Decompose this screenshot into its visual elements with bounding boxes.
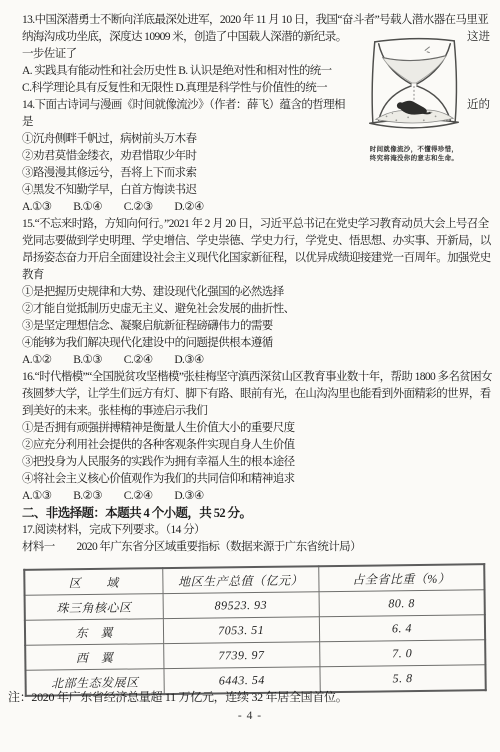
page-number: - 4 -: [0, 710, 500, 722]
q15-item-3: ③是坚定理想信念、凝聚启航新征程磅礴伟力的需要: [22, 318, 494, 335]
q16-stem-line-3: 到美好的未来。张桂梅的事迹启示我们: [22, 403, 494, 420]
q14-stem-line-2: 是: [22, 114, 494, 131]
region-gdp-table: 区 域 地区生产总值（亿元） 占全省比重（%） 珠三角核心区 89523. 93…: [23, 563, 487, 697]
q16-item-1: ①是否拥有顽强拼搏精神是衡量人生价值大小的重要尺度: [22, 420, 494, 437]
q16-options: A.①③ B.②③ C.②④ D.③④: [22, 488, 494, 505]
exam-page: 时间就像流沙，不懂得珍惜， 终究将淹没你的意志和生命。 13.中国深潜勇士不断向…: [0, 0, 500, 752]
table-cell-share: 7. 0: [320, 640, 486, 667]
q14-item-2: ②劝君莫惜金缕衣，劝君惜取少年时: [22, 148, 494, 165]
q14-options: A.①③ B.①④ C.②③ D.②④: [22, 199, 494, 216]
q15-item-4: ④能够为我们解决现代化建设中的问题提供根本遵循: [22, 335, 494, 352]
q13-stem-line-2: 纳海沟成功坐底，深度达 10909 米，创造了中国载人深潜的新纪录。 这进: [22, 29, 494, 46]
table-header-region: 区 域: [24, 568, 162, 595]
table-footnote: 注：2020 年广东省经济总量超 11 万亿元，连续 32 年居全国首位。: [8, 688, 347, 705]
q16-item-2: ②应充分利用社会提供的各种客观条件实现自身人生价值: [22, 437, 494, 454]
q15-stem-line-4: 教育: [22, 267, 494, 284]
q14-item-4: ④黑发不知勤学早，白首方悔读书迟: [22, 182, 494, 199]
q15-item-1: ①是把握历史规律和大势、建设现代化强国的必然选择: [22, 284, 494, 301]
q13-wrap-word: 这进: [467, 29, 490, 46]
q15-stem-line-3: 昂扬姿态奋力开启全面建设社会主义现代化国家新征程，以优异成绩迎接建党一百周年。加…: [22, 250, 494, 267]
q14-stem-line-1-text: 14.下面古诗词与漫画《时间就像流沙》（作者：薛飞）蕴含的哲理相: [22, 99, 345, 111]
q14-item-1: ①沉舟侧畔千帆过，病树前头万木春: [22, 131, 494, 148]
q16-stem-line-1: 16.“时代楷模”“全国脱贫攻坚楷模”张桂梅坚守滇西深贫山区教育事业数十年，帮助…: [22, 369, 494, 386]
table-cell-gdp: 7053. 51: [163, 617, 320, 644]
table-cell-region: 东 翼: [25, 619, 163, 646]
exam-body-text: 13.中国深潜勇士不断向洋底最深处进军，2020 年 11 月 10 日，我国“…: [22, 12, 494, 556]
q16-item-4: ④将社会主义核心价值观作为我们的共同信仰和精神追求: [22, 471, 494, 488]
q15-stem-line-1: 15.“不忘来时路，方知向何行。”2021 年 2 月 20 日，习近平总书记在…: [22, 216, 494, 233]
table-cell-gdp: 89523. 93: [163, 592, 320, 619]
q13-stem-line-3: 一步佐证了: [22, 46, 494, 63]
section-2-header: 二、非选择题：本题共 4 个小题，共 52 分。: [22, 505, 494, 522]
table-cell-region: 珠三角核心区: [25, 594, 163, 621]
q14-item-3: ③路漫漫其修远兮，吾将上下而求索: [22, 165, 494, 182]
q17-material-1-title: 材料一 2020 年广东省分区域重要指标（数据来源于广东省统计局）: [22, 539, 494, 556]
q13-options-cd: C.科学理论具有反复性和无限性 D.真理是科学性与价值性的统一: [22, 80, 494, 97]
table-cell-gdp: 7739. 97: [163, 642, 320, 669]
q14-stem-line-1: 14.下面古诗词与漫画《时间就像流沙》（作者：薛飞）蕴含的哲理相 近的: [22, 97, 494, 114]
q16-item-3: ③把投身为人民服务的实践作为拥有幸福人生的根本途径: [22, 454, 494, 471]
q17-instruction: 17.阅读材料，完成下列要求。（14 分）: [22, 522, 494, 539]
q14-wrap-word: 近的: [467, 97, 490, 114]
q15-stem-line-2: 党同志要做到学史明理、学史增信、学史崇德、学史力行，学党史、悟思想、办实事、开新…: [22, 233, 494, 250]
table-header-gdp: 地区生产总值（亿元）: [162, 566, 319, 593]
q13-stem-line-1: 13.中国深潜勇士不断向洋底最深处进军，2020 年 11 月 10 日，我国“…: [22, 12, 494, 29]
table-cell-share: 6. 4: [319, 615, 485, 642]
q16-stem-line-2: 孩圆梦大学，让学生们远方有灯、脚下有路、眼前有光，在山沟沟里也能看到外面精彩的世…: [22, 386, 494, 403]
table-header-share: 占全省比重（%）: [319, 564, 485, 592]
q13-options-ab: A. 实践具有能动性和社会历史性 B. 认识是绝对性和相对性的统一: [22, 63, 494, 80]
q13-stem-line-2-text: 纳海沟成功坐底，深度达 10909 米，创造了中国载人深潜的新纪录。: [22, 31, 347, 43]
q15-item-2: ②才能自觉抵制历史虚无主义、避免社会发展的曲折性、: [22, 301, 494, 318]
table-cell-share: 80. 8: [319, 590, 485, 617]
q15-options: A.①② B.①③ C.②④ D.③④: [22, 352, 494, 369]
table-cell-region: 西 翼: [25, 644, 163, 671]
